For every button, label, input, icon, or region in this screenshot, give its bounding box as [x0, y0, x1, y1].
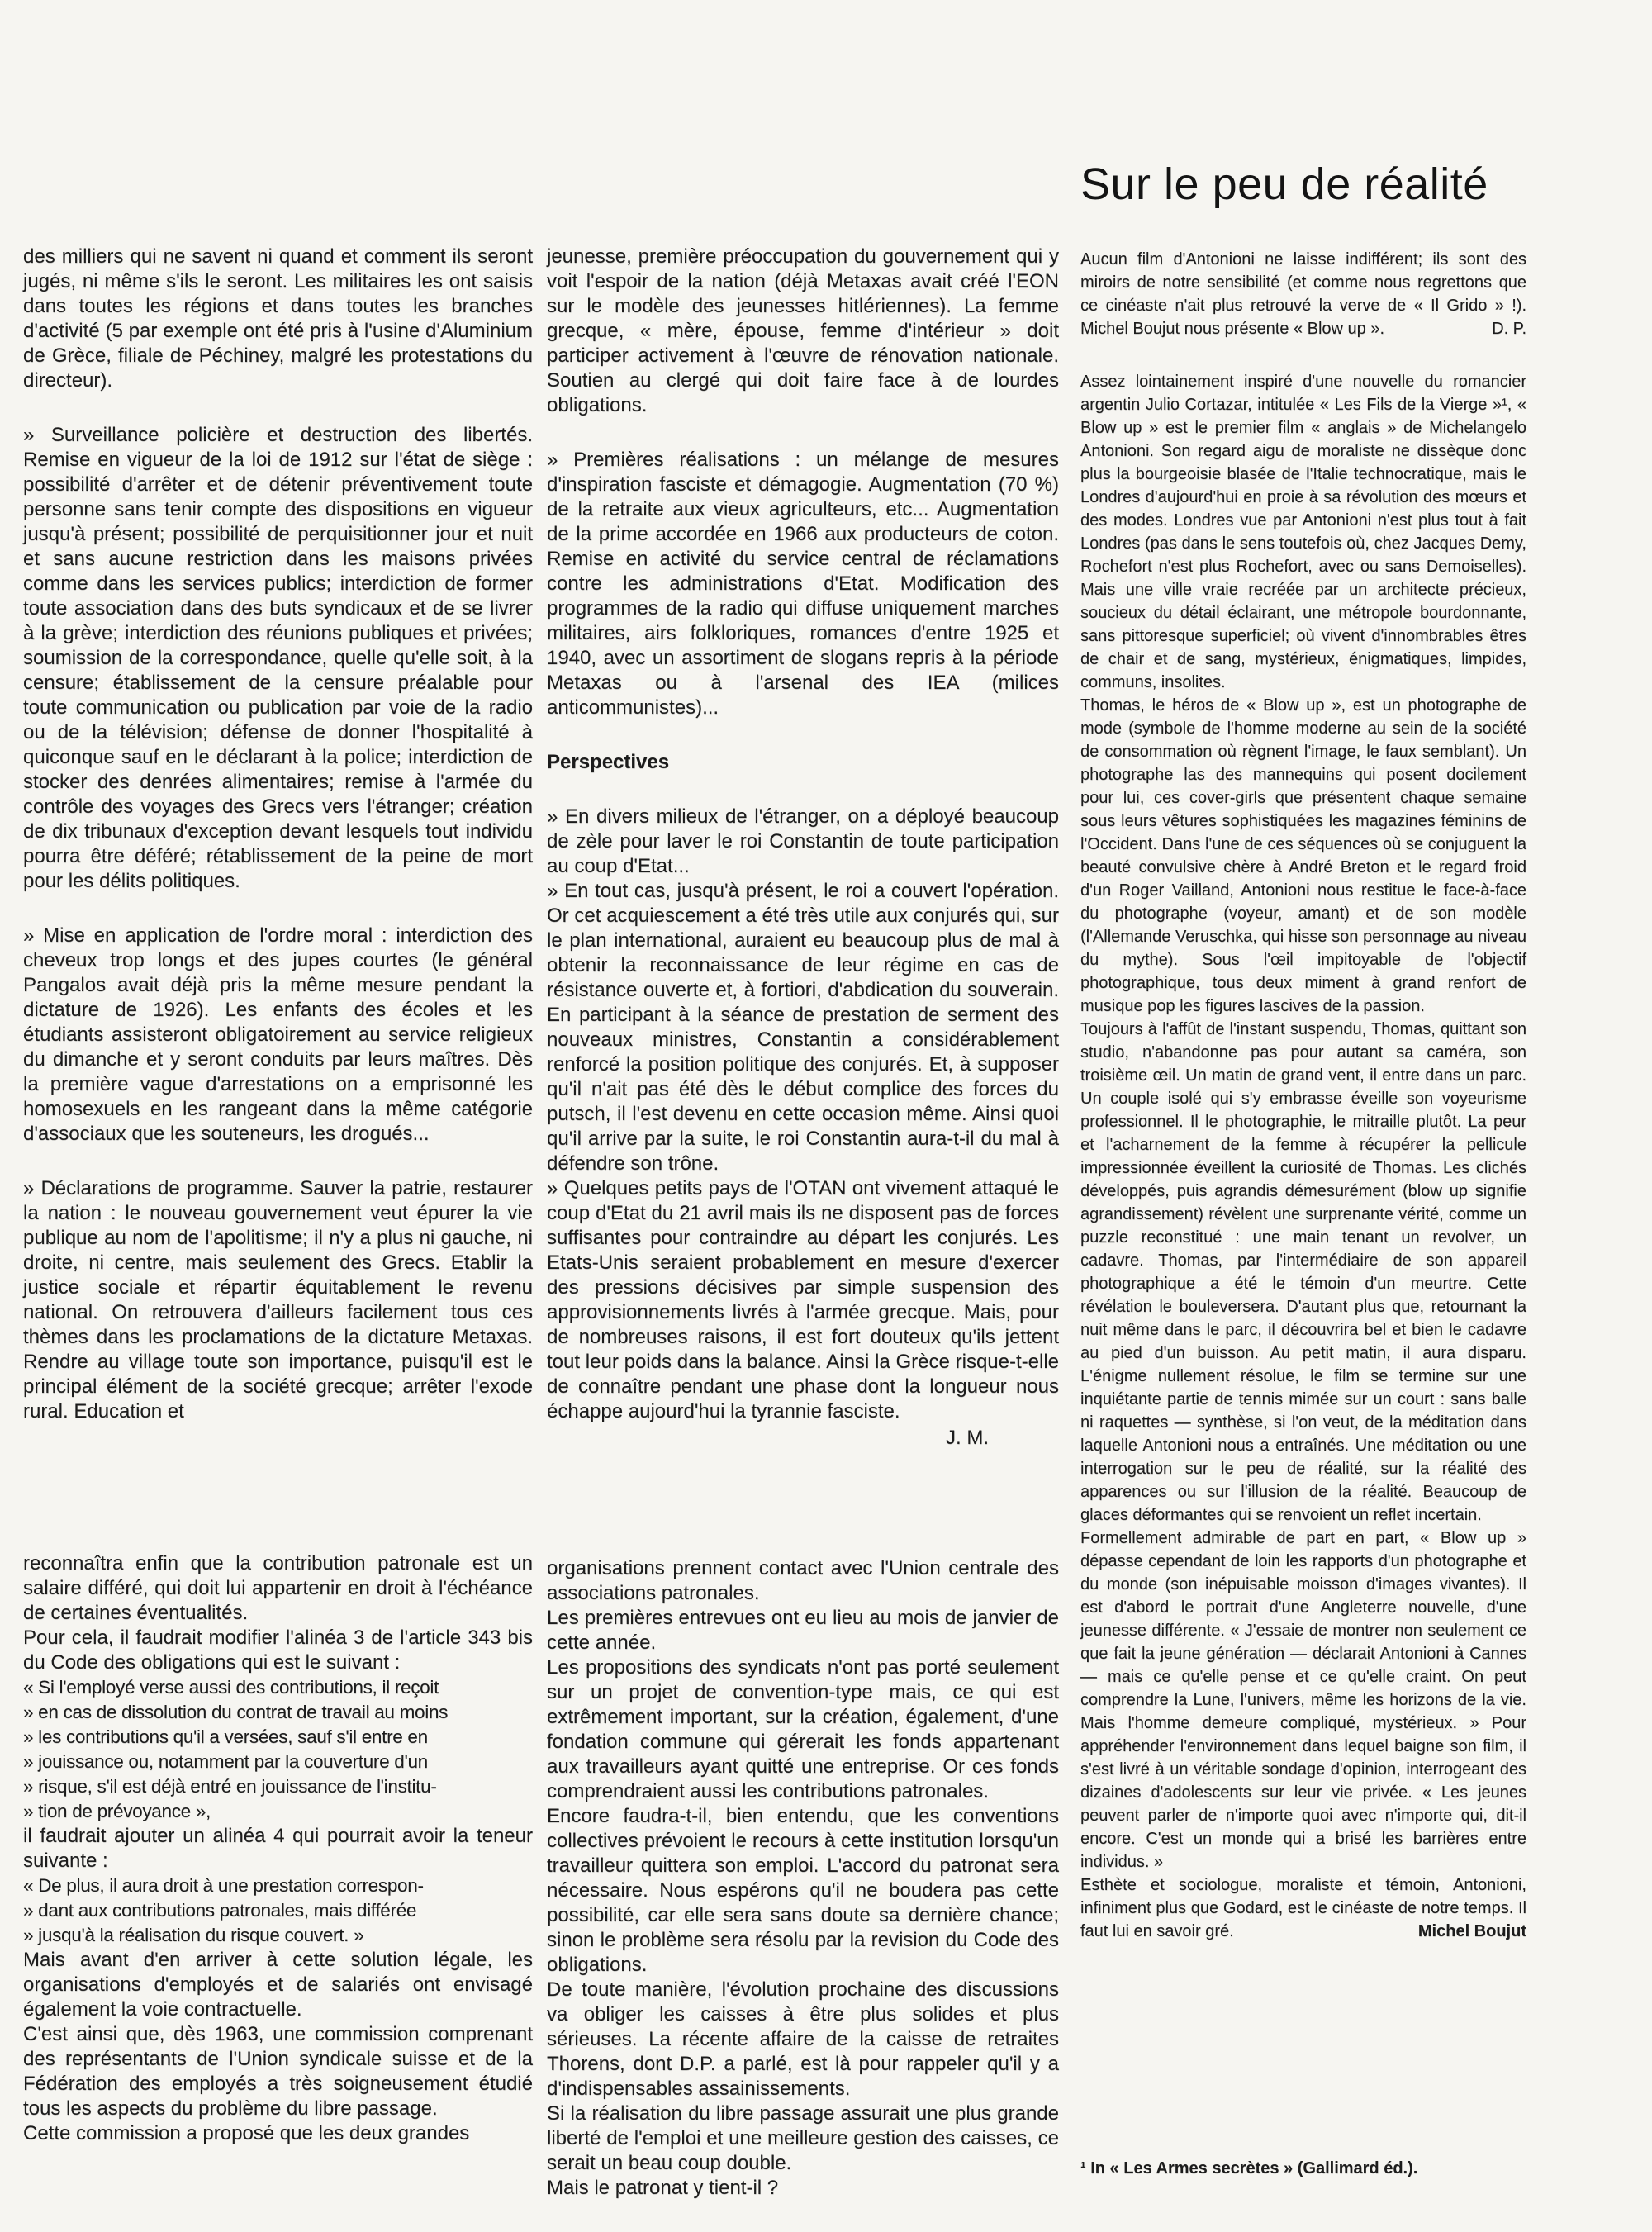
blow-up-review-column: Aucun film d'Antonioni ne laisse indiffé… [1080, 248, 1526, 1943]
paragraph: Cette commission a proposé que les deux … [23, 2121, 533, 2146]
paragraph: Toujours à l'affût de l'instant suspendu… [1080, 1018, 1526, 1527]
paragraph: des milliers qui ne savent ni quand et c… [23, 245, 533, 393]
quote-line: » risque, s'il est déjà entré en jouissa… [23, 1774, 533, 1799]
quoted-alinea-3: « Si l'employé verse aussi des contribut… [23, 1675, 533, 1824]
footnote-gallimard: ¹ In « Les Armes secrètes » (Gallimard é… [1080, 2159, 1543, 2178]
paragraph-ordre-moral: » Mise en application de l'ordre moral :… [23, 924, 533, 1147]
pension-article-column-left: reconnaîtra enfin que la contribution pa… [23, 1551, 533, 2146]
paragraph: jeunesse, première préoccupation du gouv… [547, 245, 1059, 418]
paragraph: organisations prennent contact avec l'Un… [547, 1556, 1059, 1606]
paragraph: » En divers milieux de l'étranger, on a … [547, 805, 1059, 879]
paragraph: Mais avant d'en arriver à cette solution… [23, 1948, 533, 2022]
greece-article-column-middle: jeunesse, première préoccupation du gouv… [547, 245, 1059, 1451]
greece-article-column-left: des milliers qui ne savent ni quand et c… [23, 245, 533, 1424]
quote-line: » dant aux contributions patronales, mai… [23, 1898, 533, 1923]
paragraph: Pour cela, il faudrait modifier l'alinéa… [23, 1626, 533, 1675]
quoted-alinea-4: « De plus, il aura droit à une prestatio… [23, 1873, 533, 1948]
newspaper-scan-page: Sur le peu de réalité des milliers qui n… [0, 0, 1652, 2232]
pension-article-column-middle: organisations prennent contact avec l'Un… [547, 1556, 1059, 2201]
quote-line: « Si l'employé verse aussi des contribut… [23, 1675, 533, 1700]
paragraph: » En tout cas, jusqu'à présent, le roi a… [547, 879, 1059, 1176]
page-title: Sur le peu de réalité [1080, 159, 1488, 210]
paragraph: Assez lointainement inspiré d'une nouvel… [1080, 370, 1526, 694]
paragraph: Les premières entrevues ont eu lieu au m… [547, 1606, 1059, 1655]
paragraph: C'est ainsi que, dès 1963, une commissio… [23, 2022, 533, 2121]
paragraph: Si la réalisation du libre passage assur… [547, 2101, 1059, 2176]
paragraph: Les propositions des syndicats n'ont pas… [547, 1655, 1059, 1804]
paragraph: Formellement admirable de part en part, … [1080, 1527, 1526, 1873]
section-heading-perspectives: Perspectives [547, 750, 1059, 775]
paragraph: Mais le patronat y tient-il ? [547, 2176, 1059, 2201]
paragraph: Thomas, le héros de « Blow up », est un … [1080, 694, 1526, 1018]
quote-line: » en cas de dissolution du contrat de tr… [23, 1700, 533, 1725]
paragraph: Encore faudra-t-il, bien entendu, que le… [547, 1804, 1059, 1978]
author-initials-jm: J. M. [547, 1426, 1059, 1451]
paragraph: » Quelques petits pays de l'OTAN ont viv… [547, 1176, 1059, 1424]
paragraph: il faudrait ajouter un alinéa 4 qui pour… [23, 1824, 533, 1873]
paragraph: reconnaîtra enfin que la contribution pa… [23, 1551, 533, 1626]
paragraph-premieres-realisations: » Premières réalisations : un mélange de… [547, 448, 1059, 720]
quote-line: » jouissance ou, notamment par la couver… [23, 1750, 533, 1774]
paragraph-declarations: » Déclarations de programme. Sauver la p… [23, 1176, 533, 1424]
quote-line: » jusqu'à la réalisation du risque couve… [23, 1923, 533, 1948]
quote-line: « De plus, il aura droit à une prestatio… [23, 1873, 533, 1898]
paragraph: De toute manière, l'évolution prochaine … [547, 1978, 1059, 2101]
quote-line: » tion de prévoyance », [23, 1799, 533, 1824]
paragraph-surveillance: » Surveillance policière et destruction … [23, 423, 533, 894]
quote-line: » les contributions qu'il a versées, sau… [23, 1725, 533, 1750]
